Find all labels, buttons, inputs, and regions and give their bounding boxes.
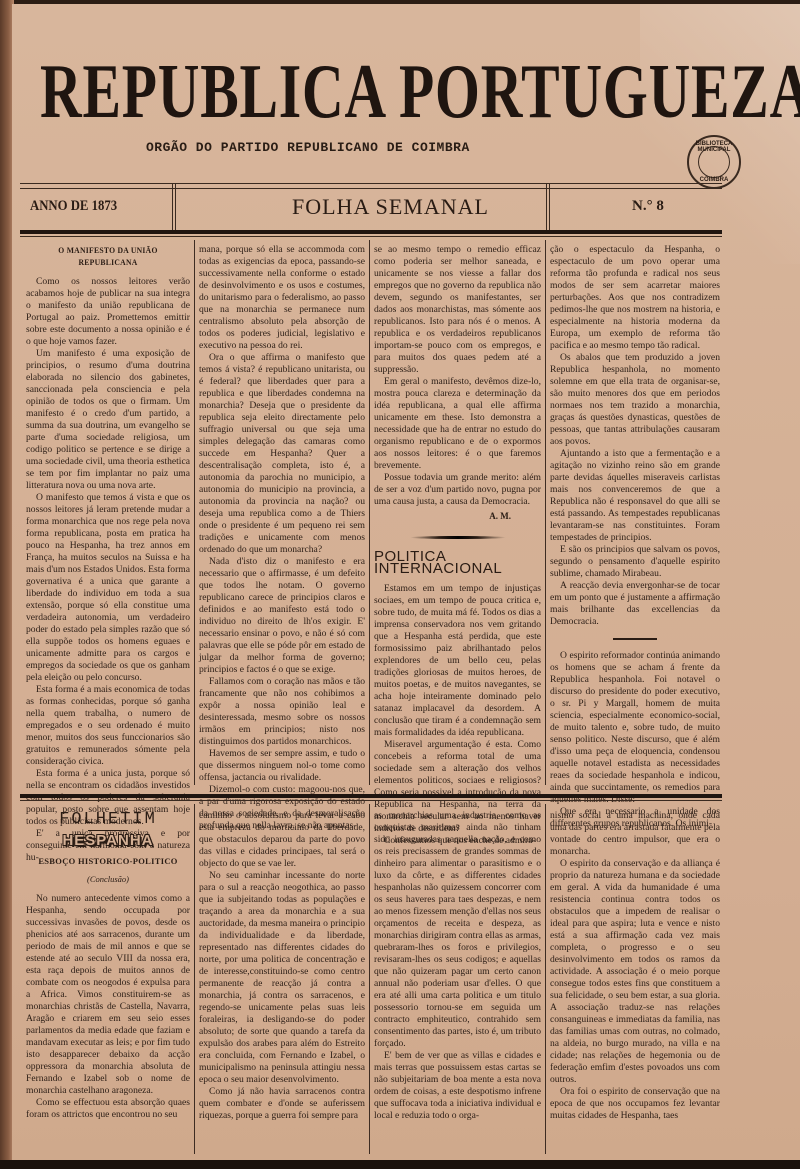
paragraph: Em geral o manifesto, devêmos dize-lo, m… [374,376,541,472]
section-divider [20,794,722,798]
article-politica-column-4: ção o espectaculo da Hespanha, o especta… [550,244,720,830]
paragraph: Ora o que affirma o manifesto que temos … [199,352,365,556]
folhetim-note: (Conclusão) [26,873,190,885]
folhetim-section-title: FOLHETIM [26,814,190,826]
paragraph: E são os principios que salvam os povos,… [550,544,720,580]
section-divider [20,800,722,801]
paragraph: caminho o absolutismo para levar a cabo … [199,810,365,870]
divider [613,638,657,640]
divider [20,236,722,237]
author-signature: A. M. [374,510,541,522]
paragraph: Esta forma é a mais economica de todas a… [26,684,190,768]
paragraph: Ora foi o espirito de conservação que na… [550,1086,720,1122]
paragraph: Como se effectuou esta absorção quaes fo… [26,1097,190,1121]
column-rule [194,240,195,785]
paragraph: se ao mesmo tempo o remedio efficaz como… [374,244,541,376]
stamp-text-top: BIBLIOTECA MUNICIPAL [689,141,739,153]
column-rule [369,240,370,785]
paragraph: Possue todavia um grande merito: além de… [374,472,541,508]
folhetim-title: HESPANHA [26,835,190,847]
folhetim-column-2: caminho o absolutismo para levar a cabo … [199,810,365,1122]
article-manifesto-column-2: mana, porque só ella se accommoda com to… [199,244,365,832]
article-manifesto-column-1: O MANIFESTO DA UNIÃO REPUBLICANA Como os… [26,238,190,864]
article-manifesto-column-3: se ao mesmo tempo o remedio efficaz como… [374,244,541,847]
paragraph: Havemos de ser sempre assim, e tudo o qu… [199,748,365,784]
issue-number: N.° 8 [632,198,664,215]
issue-info-bar: ANNO DE 1873 FOLHA SEMANAL N.° 8 [20,183,722,230]
divider [20,188,722,189]
paragraph: O espirito reformador continúa animando … [550,650,720,806]
folhetim-column-1: FOLHETIM HESPANHA ESBOÇO HISTORICO-POLIT… [26,806,190,1121]
paragraph: Nada d'isto diz o manifesto e era necess… [199,556,365,676]
paragraph: A reacção devia envergonhar-se de tocar … [550,580,720,628]
paragraph: mana, porque só ella se accommoda com to… [199,244,365,352]
paragraph: O espirito da conservação e da alliança … [550,858,720,1086]
issue-frequency: FOLHA SEMANAL [292,194,489,220]
paragraph: O manifesto que temos á vista e que os n… [26,492,190,684]
column-rule [369,804,370,1154]
paragraph: Como já não havia sarracenos contra quem… [199,1086,365,1122]
ornament-divider [410,536,506,539]
divider [172,184,176,230]
article-heading: POLITICA INTERNACIONAL [374,551,541,575]
divider [546,184,550,230]
column-rule [545,804,546,1154]
paragraph: Um manifesto é uma exposição de principi… [26,348,190,492]
paragraph: Fallamos com o coração nas mãos e tão fr… [199,676,365,748]
paragraph: ção o espectaculo da Hespanha, o especta… [550,244,720,352]
folhetim-column-4: nismo social a uma machina, onde cada um… [550,810,720,1122]
newspaper-subtitle: ORGÃO DO PARTIDO REPUBLICANO DE COIMBRA [146,140,470,155]
article-heading: O MANIFESTO DA UNIÃO REPUBLICANA [34,244,182,268]
folhetim-subtitle: ESBOÇO HISTORICO-POLITICO [26,855,190,867]
divider [20,230,722,234]
folhetim-column-3: as monarchias uma industria, como as con… [374,810,541,1122]
paragraph: as monarchias uma industria, como as con… [374,810,541,1050]
column-rule [545,240,546,785]
column-rule [194,804,195,1154]
paragraph: E' bem de ver que as villas e cidades e … [374,1050,541,1122]
paragraph: No numero antecedente vimos como a Hespa… [26,893,190,1097]
paragraph: Os abalos que tem produzido a joven Repu… [550,352,720,448]
paragraph: Como os nossos leitores verão acabamos h… [26,276,190,348]
paragraph: Ajuntando a isto que a fermentação e a a… [550,448,720,544]
paragraph: nismo social a uma machina, onde cada um… [550,810,720,858]
page-bottom-edge [0,1160,800,1169]
divider [88,830,128,831]
issue-year: ANNO DE 1873 [30,198,117,215]
paragraph: No seu caminhar incessante do norte para… [199,870,365,1086]
library-stamp-icon: BIBLIOTECA MUNICIPAL COIMBRA [687,135,741,189]
paragraph: Estamos em um tempo de injustiças sociae… [374,583,541,739]
newspaper-title: REPUBLICA PORTUGUEZA [40,52,547,132]
